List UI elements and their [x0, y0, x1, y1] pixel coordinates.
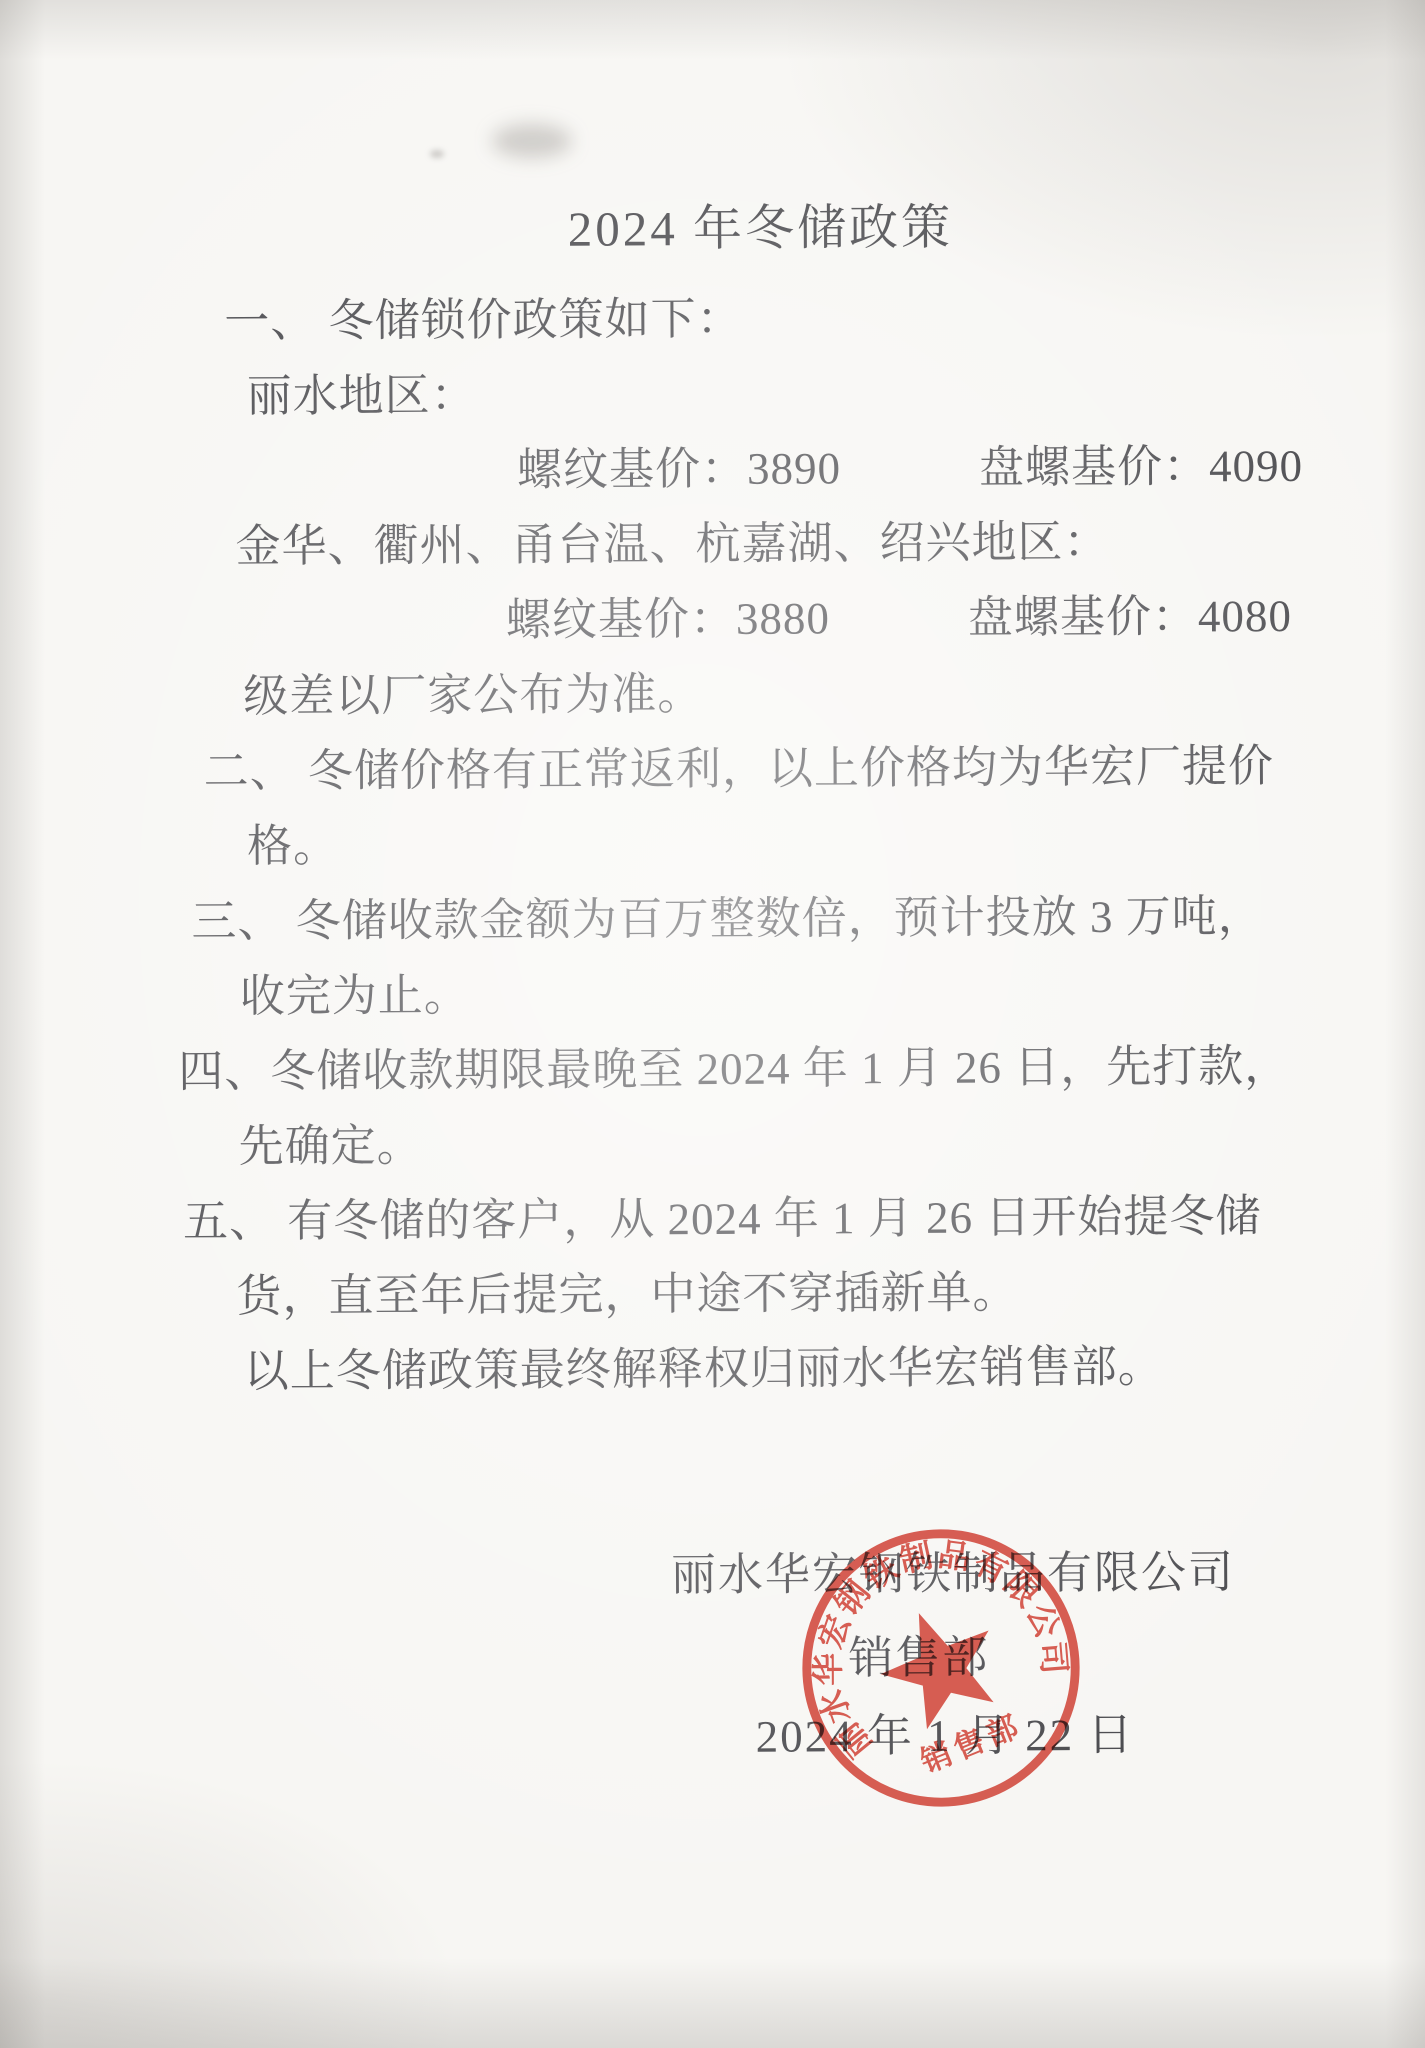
policy-line: 格。 [247, 803, 1424, 884]
document-page: 2024 年冬储政策 一、 冬储锁价政策如下： 丽水地区： 螺纹基价：3890 … [0, 0, 1425, 2048]
policy-body: 一、 冬储锁价政策如下： 丽水地区： 螺纹基价：3890 盘螺基价：4090 金… [0, 278, 1425, 1410]
policy-line: 螺纹基价：3890 盘螺基价：4090 [517, 428, 1422, 508]
signature-department: 销售部 [848, 1621, 989, 1687]
policy-line: 丽水地区： [247, 353, 1422, 434]
policy-line: 一、 冬储锁价政策如下： [224, 278, 1421, 359]
policy-line: 螺纹基价：3880 盘螺基价：4080 [506, 578, 1423, 658]
policy-line: 金华、衢州、甬台温、杭嘉湖、绍兴地区： [235, 503, 1422, 584]
policy-line: 收完为止。 [240, 953, 1425, 1034]
signature-company: 丽水华宏钢铁制品有限公司 [671, 1535, 1235, 1603]
policy-line: 货，直至年后提完，中途不穿插新单。 [236, 1253, 1425, 1334]
policy-line: 四、冬储收款期限最晚至 2024 年 1 月 26 日，先打款， [178, 1028, 1425, 1110]
document-content: 2024 年冬储政策 一、 冬储锁价政策如下： 丽水地区： 螺纹基价：3890 … [0, 0, 1425, 2048]
policy-line: 级差以厂家公布为准。 [243, 653, 1423, 734]
document-title: 2024 年冬储政策 [568, 189, 954, 261]
policy-line: 二、 冬储价格有正常返利，以上价格均为华宏厂提价 [203, 728, 1423, 809]
signature-block: 丽水华宏钢铁制品有限公司 销售部 2024 年 1 月 22 日 [0, 0, 1420, 4]
policy-line: 先确定。 [238, 1103, 1425, 1184]
policy-line: 五、 有冬储的客户，从 2024 年 1 月 26 日开始提冬储 [183, 1178, 1425, 1260]
policy-line: 三、 冬储收款金额为百万整数倍，预计投放 3 万吨， [191, 878, 1424, 959]
signature-date: 2024 年 1 月 22 日 [756, 1698, 1135, 1765]
policy-line: 以上冬储政策最终解释权归丽水华宏销售部。 [244, 1328, 1425, 1409]
